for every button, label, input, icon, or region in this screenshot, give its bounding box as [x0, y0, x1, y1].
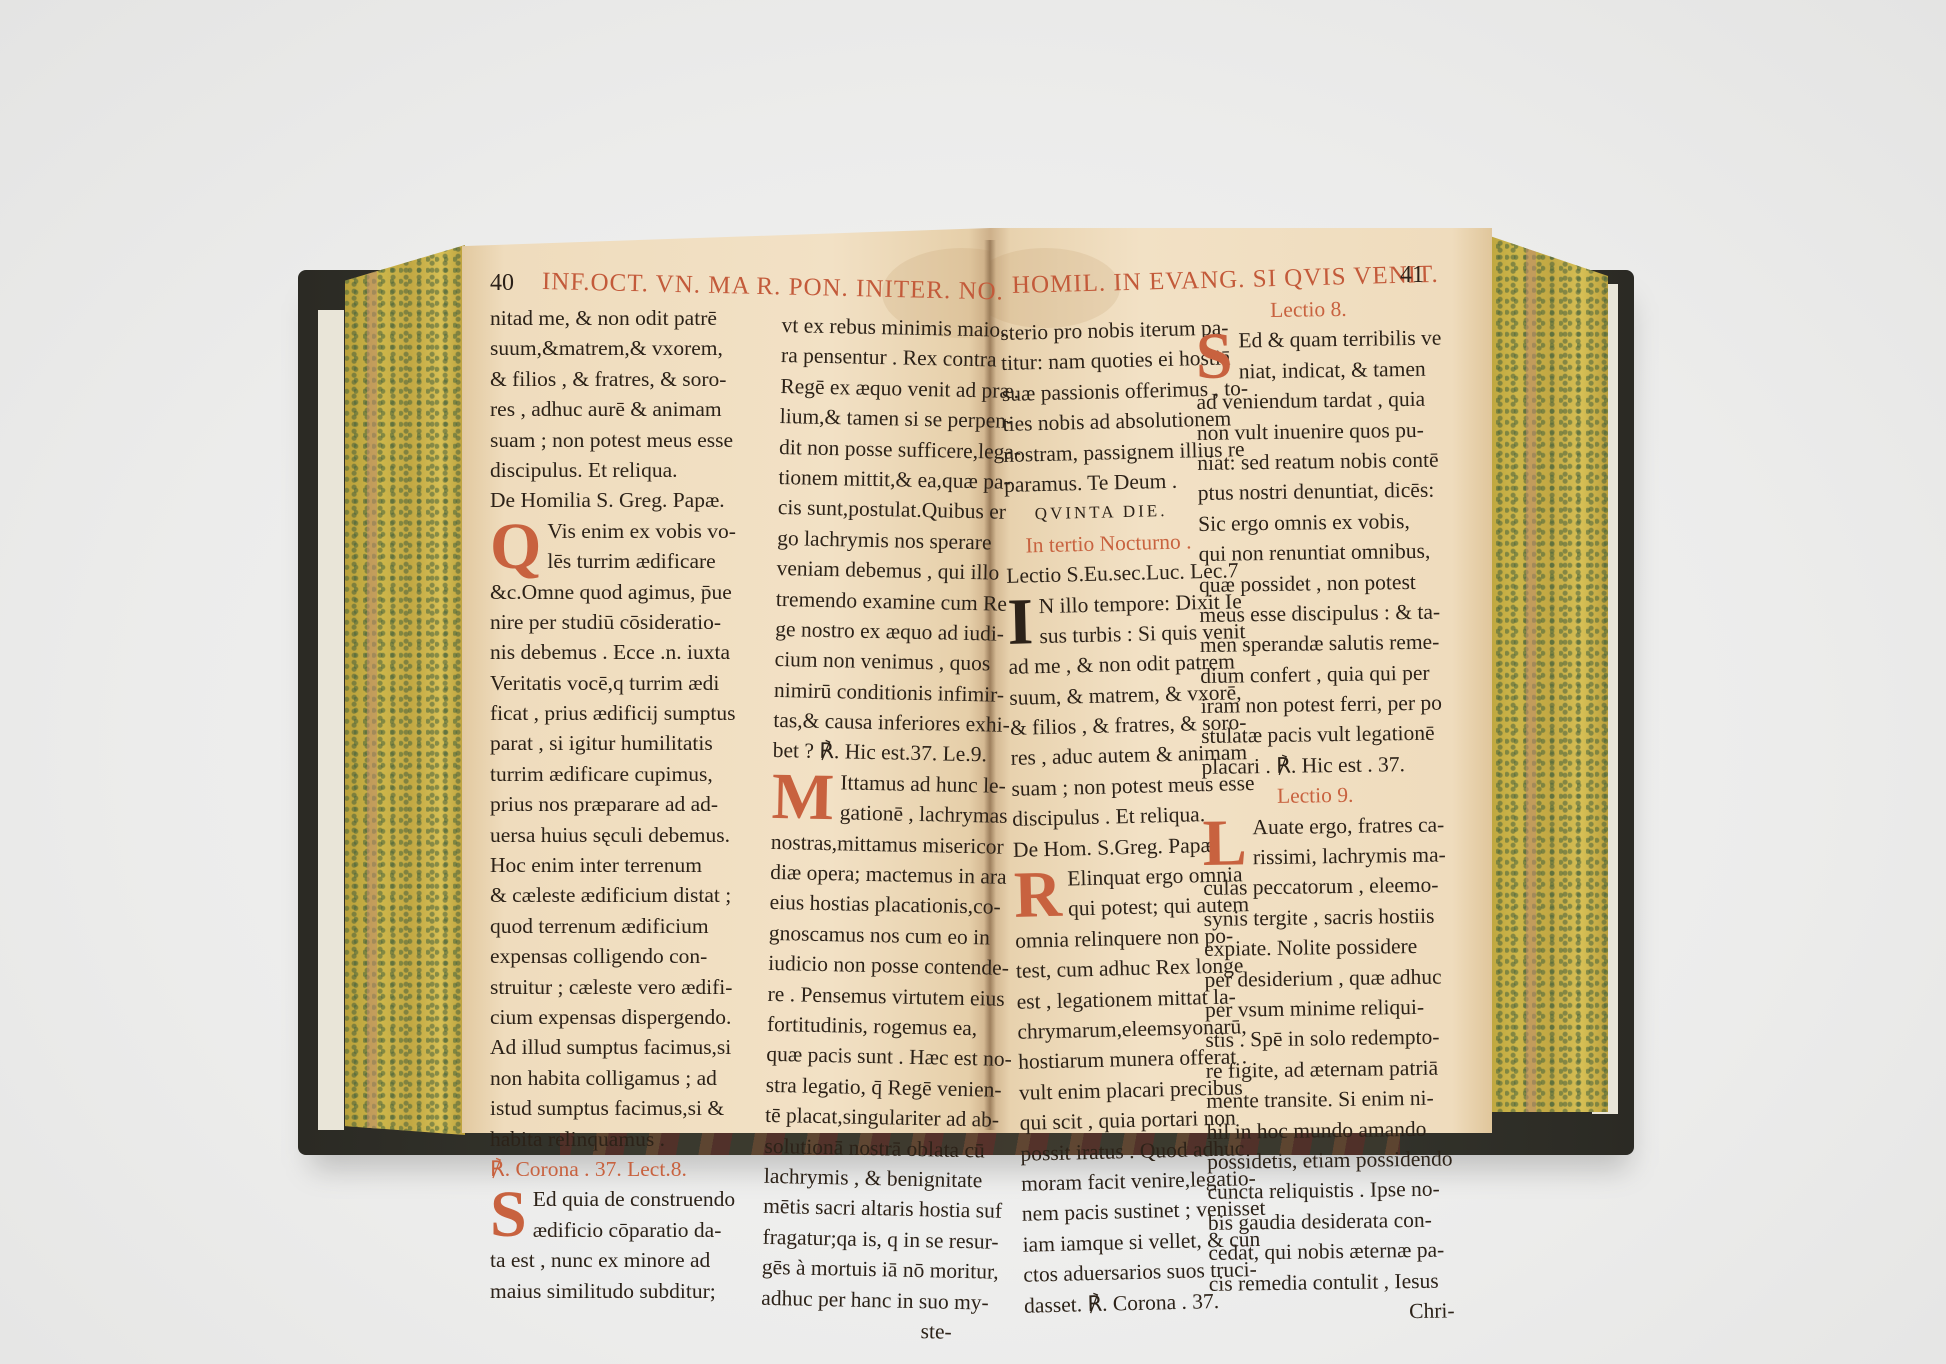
text-line: dium confert , quia qui per [1200, 657, 1446, 691]
text-line: culas peccatorum , eleemo- [1203, 870, 1449, 904]
text-line: struitur ; cæleste vero ædifi- [490, 972, 735, 1002]
text-line: bis gaudia desiderata con- [1208, 1204, 1454, 1238]
text-line: iudicio non posse contende- [768, 948, 1014, 984]
text-line: cium expensas dispergendo. [490, 1002, 735, 1032]
text-line: Ed quia de construendo [490, 1184, 735, 1214]
text-line: nis debemus . Ecce .n. iuxta [490, 637, 735, 667]
text-line: nire per studiū cōsideratio- [490, 607, 735, 637]
text-line: iram non potest ferri, per po [1201, 688, 1447, 722]
drop-cap-q: Q [490, 518, 541, 576]
text-line: suum,&matrem,& vxorem, [490, 333, 735, 363]
text-line: parat , si igitur humilitatis [490, 728, 735, 758]
text-line: per vsum minime reliqui- [1205, 991, 1451, 1025]
text-line: eius hostias placationis,co- [769, 887, 1015, 923]
text-line: men sperandæ salutis reme- [1200, 627, 1446, 661]
text-line: cedat, qui nobis æternæ pa- [1208, 1235, 1454, 1269]
text-line: quæ pacis sunt . Hæc est no- [766, 1039, 1012, 1075]
drop-cap-l: L [1202, 814, 1247, 873]
text-line: stulatæ pacis vult legationē [1201, 718, 1447, 752]
text-line: dit non posse sufficere,lega- [779, 432, 1025, 468]
text-line: hil in hoc mundo amando [1206, 1113, 1452, 1147]
text-line: lium,& tamen si se perpen- [779, 401, 1025, 437]
right-page-column-2: Lectio 8. S Ed & quam terribilis ve niat… [1195, 293, 1455, 1330]
text-line: discipulus. Et reliqua. [490, 455, 735, 485]
text-line: maius similitudo subditur; [490, 1276, 735, 1306]
text-line: qui non renuntiat omnibus, [1198, 536, 1444, 570]
text-line: uersa huius sęculi debemus. [490, 820, 735, 850]
text-line: non habita colligamus ; ad [490, 1063, 735, 1093]
text-line: solutionā nostrā oblata cū [764, 1130, 1010, 1166]
drop-cap-s: S [1195, 328, 1233, 387]
text-line: ad veniendum tardat , quia [1196, 384, 1442, 418]
text-line: De Homilia S. Greg. Papæ. [490, 485, 735, 515]
drop-cap-r: R [1013, 866, 1062, 925]
text-line: Sic ergo omnis ex vobis, [1198, 505, 1444, 539]
text-line: adhuc per hanc in suo my- [761, 1282, 1007, 1318]
text-line: istud sumptus facimus,si & [490, 1093, 735, 1123]
text-line: gēs à mortuis iā nō moritur, [762, 1252, 1008, 1288]
left-page-column-1: nitad me, & non odit patrē suum,&matrem,… [490, 303, 735, 1306]
text-line: non vult inuenire quos pu- [1197, 414, 1443, 448]
drop-cap-s: S [490, 1186, 527, 1244]
text-line: cis sunt,postulat.Quibus er [778, 492, 1024, 528]
text-line: stis . Spē in solo redempto- [1205, 1022, 1451, 1056]
drop-cap-m: M [771, 768, 834, 827]
text-line: Veritatis vocē,q turrim ædi [490, 668, 735, 698]
text-line: quod terrenum ædificium [490, 911, 735, 941]
text-line: Hoc enim inter terrenum [490, 850, 735, 880]
catchword: Chri- [1209, 1295, 1455, 1329]
text-line: res , adhuc aurē & animam [490, 394, 735, 424]
text-line: tē placat,singulariter ad ab- [765, 1100, 1011, 1136]
text-line: habita relinquamus . [490, 1124, 735, 1154]
text-line: meus esse discipulus : & ta- [1199, 596, 1445, 630]
text-line: turrim ædificare cupimus, [490, 759, 735, 789]
text-line: ta est , nunc ex minore ad [490, 1245, 735, 1275]
text-line: mente transite. Si enim ni- [1206, 1083, 1452, 1117]
text-line: placari . ℟. Hic est . 37. [1201, 748, 1447, 782]
text-line: quæ possidet , non potest [1199, 566, 1445, 600]
text-line: ædificio cōparatio da- [490, 1215, 735, 1245]
text-line: & cæleste ædificium distat ; [490, 880, 735, 910]
text-line: &c.Omne quod agimus, p̄ue [490, 577, 735, 607]
page-number-right: 41 [1400, 262, 1424, 289]
text-line: expensas colligendo con- [490, 941, 735, 971]
text-line: & filios , & fratres, & soro- [490, 364, 735, 394]
left-endpaper [318, 310, 344, 1130]
text-line: suam ; non potest meus esse [490, 425, 735, 455]
text-line: ra pensentur . Rex contra [781, 340, 1027, 376]
text-line: cium non venimus , quos [774, 644, 1020, 680]
text-line: veniam debemus , qui illo [776, 553, 1022, 589]
text-line: expiate. Nolite possidere [1204, 931, 1450, 965]
text-line: prius nos præparare ad ad- [490, 789, 735, 819]
left-page-column-2: vt ex rebus minimis maio. ra pensentur .… [760, 310, 1027, 1348]
edge-stripe [1526, 232, 1536, 1112]
text-line: niat: sed reatum nobis contē [1197, 445, 1443, 479]
text-line: possidetis, etiam possidendo [1207, 1143, 1453, 1177]
rubric-line: ℟. Corona . 37. Lect.8. [490, 1154, 735, 1184]
catchword: ste- [760, 1313, 1006, 1349]
text-line: synis tergite , sacris hostiis [1203, 900, 1449, 934]
text-line: mētis sacri altaris hostia suf [763, 1191, 1009, 1227]
page-number-left: 40 [490, 270, 514, 297]
text-line: cis remedia contulit , Iesus [1209, 1265, 1455, 1299]
text-line: cuncta reliquistis . Ipse no- [1207, 1174, 1453, 1208]
text-line: nitad me, & non odit patrē [490, 303, 735, 333]
text-line: ptus nostri denuntiat, dicēs: [1198, 475, 1444, 509]
right-page-edges [1478, 232, 1608, 1112]
drop-cap-i: I [1007, 593, 1034, 652]
text-line: Ad illud sumptus facimus,si [490, 1032, 735, 1062]
text-line: bet ? ℟. Hic est.37. Le.9. [772, 735, 1018, 771]
text-line: per desiderium , quæ adhuc [1204, 961, 1450, 995]
text-line: re figite, ad æternam patriā [1206, 1052, 1452, 1086]
text-line: tremendo examine cum Re [776, 583, 1022, 619]
edge-stripe [367, 245, 377, 1135]
text-line: ficat , prius ædificij sumptus [490, 698, 735, 728]
left-page-edges [345, 245, 465, 1135]
